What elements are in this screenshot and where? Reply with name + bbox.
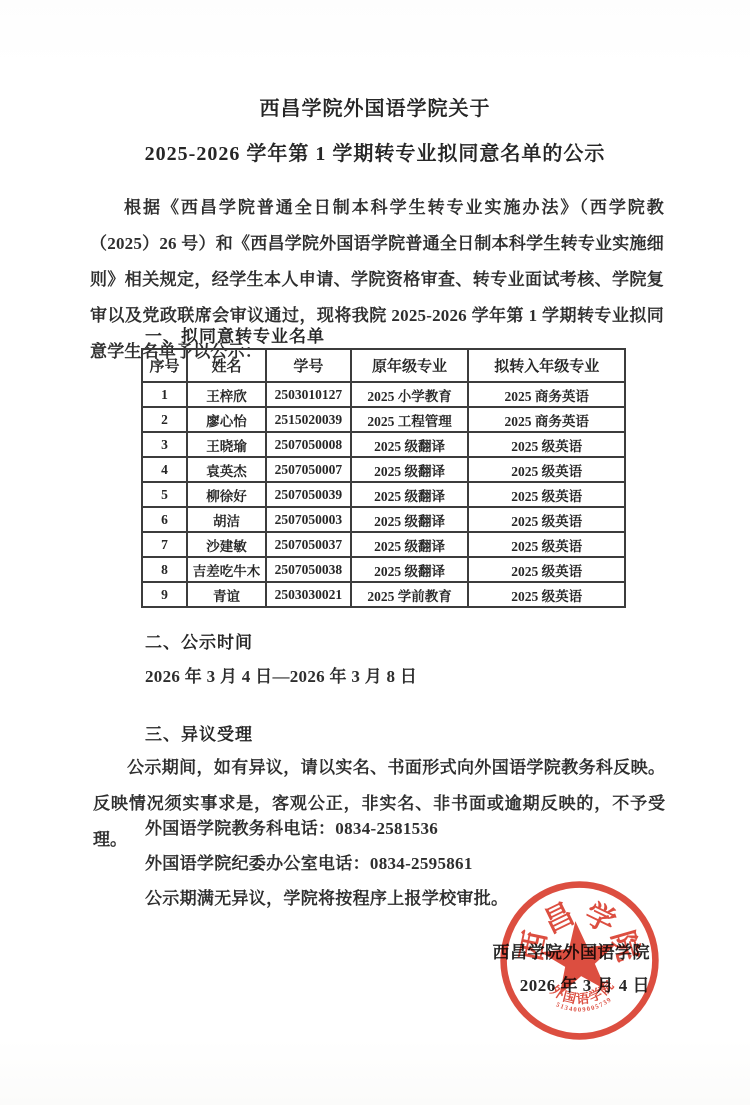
signature-org: 西昌学院外国语学院 (493, 938, 651, 963)
table-cell: 2507050008 (266, 432, 351, 457)
table-cell: 2 (142, 407, 187, 432)
publicity-date-range: 2026 年 3 月 4 日—2026 年 3 月 8 日 (145, 664, 417, 690)
table-cell: 2025 小学教育 (351, 382, 469, 407)
table-row: 2廖心怡25150200392025 工程管理2025 商务英语 (142, 407, 625, 432)
table-cell: 2025 级英语 (468, 582, 625, 607)
table-cell: 2025 级翻译 (351, 557, 469, 582)
closing-statement: 公示期满无异议，学院将按程序上报学校审批。 (145, 886, 508, 912)
academic-office-phone: 外国语学院教务科电话：0834-2581536 (145, 816, 438, 842)
table-cell: 青谊 (187, 582, 266, 607)
table-cell: 2025 级英语 (468, 482, 625, 507)
table-cell: 5 (142, 482, 187, 507)
stamp-ring-char: 昌 (538, 897, 579, 940)
stamp-ring-char: 学 (579, 897, 620, 940)
table-cell: 3 (142, 432, 187, 457)
approval-table-header-row: 序号姓名学号原年级专业拟转入年级专业 (142, 349, 625, 382)
table-cell: 1 (142, 382, 187, 407)
signature-date: 2026 年 3 月 4 日 (520, 971, 650, 996)
discipline-office-phone: 外国语学院纪委办公室电话：0834-2595861 (145, 851, 473, 877)
table-cell: 袁英杰 (187, 457, 266, 482)
table-cell: 胡洁 (187, 507, 266, 532)
table-cell: 2025 级英语 (468, 557, 625, 582)
table-row: 9青谊25030300212025 学前教育2025 级英语 (142, 582, 625, 607)
table-cell: 2025 级翻译 (351, 432, 469, 457)
table-cell: 沙建敏 (187, 532, 266, 557)
table-row: 5柳徐好25070500392025 级翻译2025 级英语 (142, 482, 625, 507)
table-row: 8吉差吃牛木25070500382025 级翻译2025 级英语 (142, 557, 625, 582)
table-cell: 2507050003 (266, 507, 351, 532)
approval-table: 序号姓名学号原年级专业拟转入年级专业 1王梓欣25030101272025 小学… (141, 348, 626, 608)
table-cell: 吉差吃牛木 (187, 557, 266, 582)
table-cell: 2025 级英语 (468, 432, 625, 457)
section3-heading: 三、异议受理 (145, 722, 253, 748)
table-cell: 2507050038 (266, 557, 351, 582)
section2-heading: 二、公示时间 (145, 630, 253, 656)
table-cell: 7 (142, 532, 187, 557)
table-cell: 2025 级英语 (468, 507, 625, 532)
column-header: 姓名 (187, 349, 266, 382)
table-cell: 9 (142, 582, 187, 607)
table-cell: 4 (142, 457, 187, 482)
column-header: 原年级专业 (351, 349, 469, 382)
table-row: 7沙建敏25070500372025 级翻译2025 级英语 (142, 532, 625, 557)
section1-heading: 一、拟同意转专业名单 (145, 324, 325, 350)
table-cell: 王梓欣 (187, 382, 266, 407)
table-cell: 2503010127 (266, 382, 351, 407)
notice-page: 西昌学院外国语学院关于 2025-2026 学年第 1 学期转专业拟同意名单的公… (0, 0, 750, 1105)
table-row: 1王梓欣25030101272025 小学教育2025 商务英语 (142, 382, 625, 407)
table-cell: 2025 工程管理 (351, 407, 469, 432)
page-title-line1: 西昌学院外国语学院关于 (40, 96, 710, 122)
table-cell: 2025 商务英语 (468, 382, 625, 407)
table-cell: 柳徐好 (187, 482, 266, 507)
table-row: 3王晓瑜25070500082025 级翻译2025 级英语 (142, 432, 625, 457)
table-cell: 2507050007 (266, 457, 351, 482)
table-cell: 2507050037 (266, 532, 351, 557)
table-cell: 王晓瑜 (187, 432, 266, 457)
column-header: 序号 (142, 349, 187, 382)
table-cell: 2515020039 (266, 407, 351, 432)
table-cell: 8 (142, 557, 187, 582)
page-title-line2: 2025-2026 学年第 1 学期转专业拟同意名单的公示 (40, 141, 710, 167)
table-cell: 2025 级英语 (468, 457, 625, 482)
table-cell: 2025 级翻译 (351, 532, 469, 557)
table-cell: 2025 级英语 (468, 532, 625, 557)
table-cell: 2507050039 (266, 482, 351, 507)
table-cell: 2025 级翻译 (351, 507, 469, 532)
approval-table-body: 1王梓欣25030101272025 小学教育2025 商务英语2廖心怡2515… (142, 382, 625, 607)
column-header: 拟转入年级专业 (468, 349, 625, 382)
table-cell: 2025 学前教育 (351, 582, 469, 607)
table-cell: 2025 商务英语 (468, 407, 625, 432)
table-cell: 2503030021 (266, 582, 351, 607)
table-cell: 6 (142, 507, 187, 532)
table-cell: 2025 级翻译 (351, 457, 469, 482)
table-row: 4袁英杰25070500072025 级翻译2025 级英语 (142, 457, 625, 482)
table-row: 6胡洁25070500032025 级翻译2025 级英语 (142, 507, 625, 532)
table-cell: 廖心怡 (187, 407, 266, 432)
stamp-serial: 5134009005739 (554, 996, 614, 1017)
table-cell: 2025 级翻译 (351, 482, 469, 507)
column-header: 学号 (266, 349, 351, 382)
